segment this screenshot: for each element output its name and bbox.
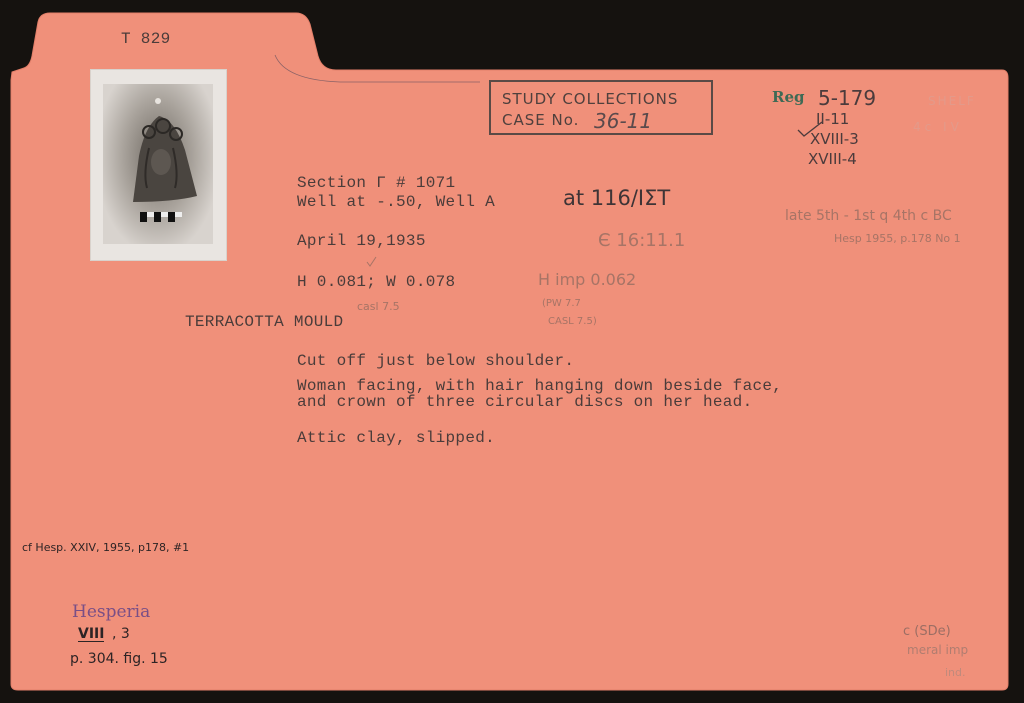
reg-line-4: XVIII-4: [808, 150, 857, 168]
dimension-checkmark-icon: [366, 256, 378, 268]
munsell-note-2: CASL 7.5): [548, 316, 597, 327]
cf-reference: cf Hesp. XXIV, 1955, p178, #1: [22, 541, 189, 554]
object-title: TERRACOTTA MOULD: [185, 313, 343, 331]
reg-number: 5-179: [818, 86, 876, 110]
section-number: Section Γ # 1071: [297, 174, 455, 192]
faded-shelf-stamp: SHELF: [928, 94, 976, 108]
object-photo: [90, 69, 227, 261]
hesperia-volume: VIII: [78, 627, 104, 642]
hesperia-issue: , 3: [112, 626, 130, 642]
study-collections-stamp: STUDY COLLECTIONS CASE No. 36-11: [489, 80, 713, 135]
date-pencil-note: Є 16:11.1: [598, 230, 685, 251]
dimensions: H 0.081; W 0.078: [297, 273, 455, 291]
photo-image: [103, 84, 213, 244]
bottom-note-2: meral imp: [907, 643, 968, 657]
well-location-handwritten: at 116/ΙΣΤ: [563, 186, 670, 210]
well-location: Well at -.50, Well A: [297, 193, 495, 211]
description-line-3: and crown of three circular discs on her…: [297, 393, 752, 411]
bottom-note-3: ind.: [945, 666, 966, 679]
hesperia-page: p. 304. fig. 15: [70, 651, 168, 667]
checkmark-icon: [796, 118, 826, 140]
description-line-1: Cut off just below shoulder.: [297, 352, 574, 370]
bottom-note-1: c (SDe): [903, 624, 951, 639]
dating-reference: Hesp 1955, p.178 No 1: [834, 232, 961, 245]
stamp-case-number: 36-11: [594, 109, 652, 133]
mould-fragment-icon: [103, 84, 213, 244]
stamp-title: STUDY COLLECTIONS: [502, 90, 678, 108]
title-pencil-note: casl 7.5: [357, 300, 400, 313]
faded-shelf-stamp-2: 4c IV: [913, 120, 963, 134]
dimensions-pencil-note: H imp 0.062: [538, 270, 636, 289]
munsell-note-1: (PW 7.7: [542, 298, 581, 309]
hesperia-stamp: Hesperia: [72, 602, 150, 622]
stamp-case-label: CASE No.: [502, 111, 579, 129]
description-line-4: Attic clay, slipped.: [297, 429, 495, 447]
tab-catalog-number: T 829: [121, 30, 171, 48]
excavation-date: April 19,1935: [297, 232, 426, 250]
dating-note: late 5th - 1st q 4th c BC: [785, 208, 952, 224]
reg-stamp: Reg: [772, 88, 805, 106]
